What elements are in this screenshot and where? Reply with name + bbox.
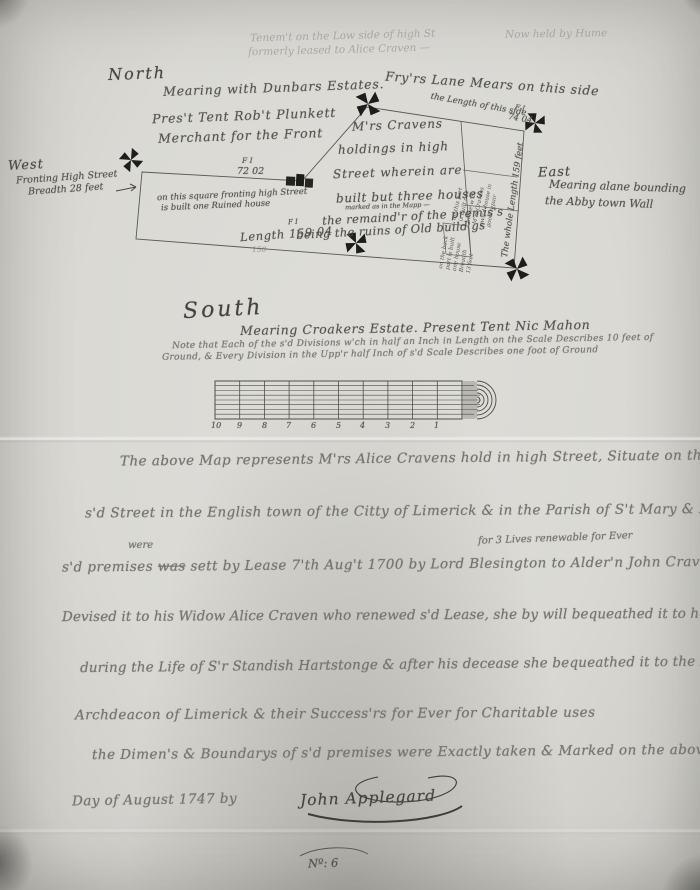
label-front-units: F I xyxy=(242,156,253,165)
scale-numbers: 10 9 8 7 6 5 4 3 2 1 xyxy=(0,421,700,433)
body-line-8: Day of August 1747 by xyxy=(72,791,237,810)
label-length-sub: 150 xyxy=(252,245,266,254)
scale-tick-label: 2 xyxy=(410,421,415,430)
folio-number: Nº: 6 xyxy=(308,855,339,870)
label-front-measure: 72 02 xyxy=(237,166,264,177)
body-line-3-insertion-were: were xyxy=(128,540,153,551)
scale-tick-label: 8 xyxy=(262,421,267,430)
label-length-units: F I xyxy=(288,218,298,227)
scale-tick-label: 10 xyxy=(211,421,221,430)
scale-tick-label: 9 xyxy=(237,421,242,430)
paper-fold-crease-lower xyxy=(0,828,700,835)
label-north: North xyxy=(108,63,167,84)
body-line-6: Archdeacon of Limerick & their Success'r… xyxy=(75,705,596,724)
label-south: South xyxy=(182,295,264,324)
scale-tick-label: 7 xyxy=(286,421,291,430)
scale-tick-label: 3 xyxy=(385,421,390,430)
house-icon xyxy=(286,173,314,187)
body-line-4: Devised it to his Widow Alice Craven who… xyxy=(62,605,700,625)
scale-tick-label: 6 xyxy=(311,421,316,430)
label-lane-units: F I xyxy=(514,103,525,113)
body-line-3-pre: s'd premises xyxy=(62,559,158,576)
scale-tick-label: 4 xyxy=(360,421,365,430)
body-line-3-struck-word: was xyxy=(158,558,186,574)
scale-tick-label: 1 xyxy=(434,421,439,430)
compass-mark-west xyxy=(118,147,145,174)
scale-tick-label: 5 xyxy=(336,421,341,430)
west-arrow xyxy=(116,184,136,191)
manuscript-page: Tenem't on the Low side of high St forme… xyxy=(0,0,700,890)
scale-bar xyxy=(215,381,496,419)
paper-fold-crease xyxy=(0,436,700,443)
label-west: West xyxy=(8,157,45,174)
